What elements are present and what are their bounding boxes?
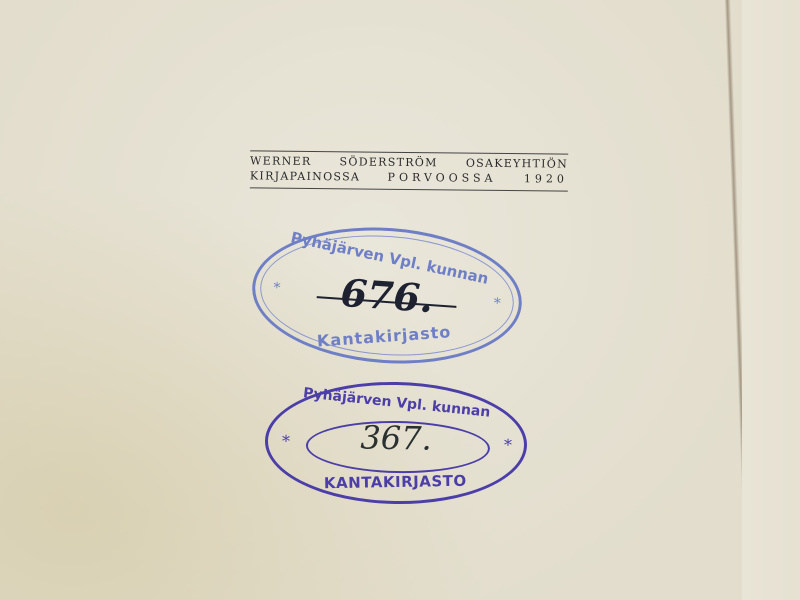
imprint-word: SÖDERSTRÖM [340, 154, 438, 170]
library-stamp-old: Pyhäjärven Vpl. kunnan * * 676. Kantakir… [248, 219, 527, 373]
printer-imprint: WERNER SÖDERSTRÖM OSAKEYHTIÖN KIRJAPAINO… [250, 150, 568, 191]
imprint-word: PORVOOSSA [388, 170, 497, 186]
imprint-word: WERNER [250, 153, 312, 169]
imprint-word: 1920 [524, 171, 568, 186]
imprint-word: KIRJAPAINOSSA [250, 168, 360, 184]
imprint-word: OSAKEYHTIÖN [466, 156, 568, 172]
next-page-strip [742, 0, 800, 600]
handwritten-number: 367. [268, 417, 525, 459]
book-page: WERNER SÖDERSTRÖM OSAKEYHTIÖN KIRJAPAINO… [0, 0, 742, 600]
library-stamp-new: Pyhäjärven Vpl. kunnan * * 367. KANTAKIR… [264, 380, 528, 507]
stamp-bottom-text: KANTAKIRJASTO [267, 471, 523, 493]
